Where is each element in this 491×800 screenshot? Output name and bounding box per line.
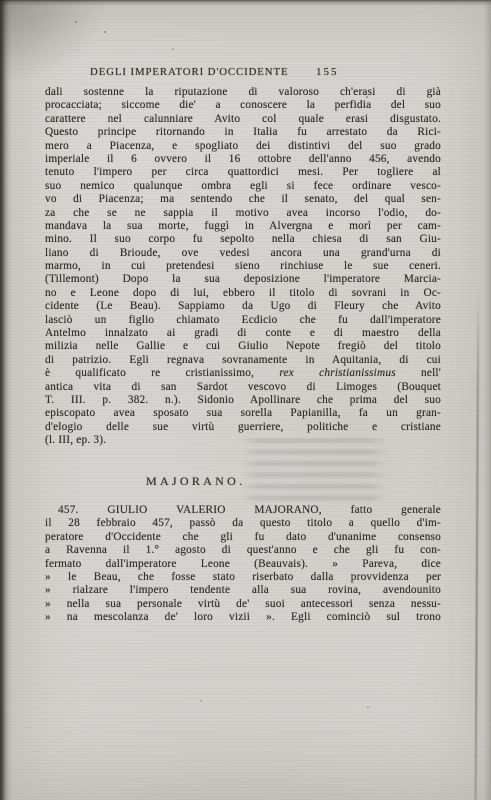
scan-edge-right xyxy=(484,0,491,800)
text-line: (l. III, ep. 3). xyxy=(45,434,441,447)
text-line: di patrizio. Egli regnava sovranamente i… xyxy=(45,354,441,367)
scan-edge-top xyxy=(0,0,491,6)
text-line: procacciata; siccome die' a conoscere la… xyxy=(45,99,441,112)
text-line: imperiale il 6 ovvero il 16 ottobre dell… xyxy=(45,153,441,166)
text-line: mero a Piacenza, e spogliato dei distint… xyxy=(45,140,441,153)
text-line: dali sostenne la riputazione di valoroso… xyxy=(45,86,441,99)
page-header: DEGLI IMPERATORI D'OCCIDENTE 155 xyxy=(0,66,491,81)
text-line: episcopato avea sposato sua sorella Papi… xyxy=(45,407,441,420)
text-line: milizia nelle Gallie e cui Giulio Nepote… xyxy=(45,340,441,353)
text-line: carattere nel calunniare Avito col quale… xyxy=(45,113,441,126)
text-line: Questo principe ritornando in Italia fu … xyxy=(45,126,441,139)
text-line: » nella sua personale virtù de' suoi ant… xyxy=(45,598,441,611)
section-heading-majorano: MAJORANO. xyxy=(146,474,245,489)
text-line: il 28 febbraio 457, passò da questo tito… xyxy=(45,517,441,530)
text-line: d'elogio delle sue virtù guerriere, poli… xyxy=(45,421,441,434)
dust-speck xyxy=(172,48,174,50)
text-line: no e Leone dopo di lui, ebbero il titolo… xyxy=(45,287,441,300)
text-line: fermato dall'imperatore Leone (Beauvais)… xyxy=(45,558,441,571)
scan-edge-left xyxy=(0,0,12,800)
dust-speck xyxy=(75,21,77,23)
paragraph-avito-continuation: dali sostenne la riputazione di valoroso… xyxy=(45,86,441,448)
text-line: tenuto l'impero per circa quattordici me… xyxy=(45,166,441,179)
text-line: » na mescolanza de' loro vizii ». Egli c… xyxy=(45,611,441,624)
text-line: marmo, in cui pretendesi sieno rinchiuse… xyxy=(45,260,441,273)
paper-crease xyxy=(475,290,480,800)
text-line: Antelmo innalzato ai gradi di conte e di… xyxy=(45,327,441,340)
text-line: » le Beau, che fosse stato riserbato dal… xyxy=(45,571,441,584)
text-line: è qualificato re cristianissimo, rex chr… xyxy=(45,367,441,380)
running-title: DEGLI IMPERATORI D'OCCIDENTE xyxy=(90,66,289,78)
text-line: liano di Brioude, ove vedesi ancora una … xyxy=(45,247,441,260)
dust-speck xyxy=(367,706,369,708)
text-line: T. III. p. 382. n.). Sidonio Apollinare … xyxy=(45,394,441,407)
book-page-scan: DEGLI IMPERATORI D'OCCIDENTE 155 dali so… xyxy=(0,0,491,800)
text-line: mandava la sua morte, fuggì in Alvergna … xyxy=(45,220,441,233)
text-line: suo nemico qualunque ombra egli si fece … xyxy=(45,180,441,193)
text-line: mino. Il suo corpo fu sepolto nella chie… xyxy=(45,233,441,246)
dust-speck xyxy=(104,31,106,33)
text-line: peratore d'Occidente che gli fu dato d'u… xyxy=(45,531,441,544)
text-line: za che se ne sappia il motivo avea incor… xyxy=(45,207,441,220)
page-number: 155 xyxy=(316,66,339,78)
text-line: cidente (Le Beau). Sappiamo da Ugo di Fl… xyxy=(45,300,441,313)
text-line: antica vita di san Sardot vescovo di Lim… xyxy=(45,381,441,394)
paragraph-majorano: 457. GIULIO VALERIO MAJORANO, fatto gene… xyxy=(45,504,441,625)
text-line: » rialzare l'impero tendente alla sua ro… xyxy=(45,584,441,597)
text-line: vo di Piacenza; ma sentendo che il senat… xyxy=(45,193,441,206)
dust-speck xyxy=(200,700,202,702)
text-line: a Ravenna il 1.° agosto di quest'anno e … xyxy=(45,544,441,557)
text-line: 457. GIULIO VALERIO MAJORANO, fatto gene… xyxy=(45,504,441,517)
text-line: lasciò un figlio chiamato Ecdicio che fu… xyxy=(45,314,441,327)
ink-bleedthrough xyxy=(240,438,388,504)
text-line: (Tillemont) Dopo la sua deposizione l'im… xyxy=(45,273,441,286)
